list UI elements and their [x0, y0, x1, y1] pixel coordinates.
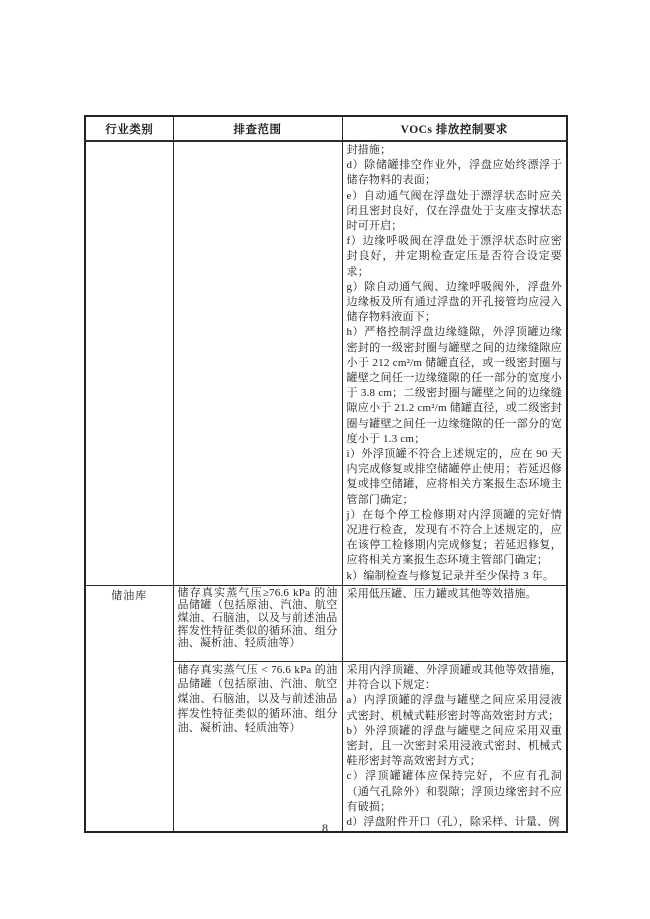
document-page: 行业类别 排查范围 VOCs 排放控制要求 封措施； d）除储罐排空作业外，浮盘… [0, 0, 650, 919]
requirement-item: g）除自动通气阀、边缘呼吸阀外，浮盘外边缘板及所有通过浮盘的开孔接管均应浸入储存… [347, 280, 563, 326]
requirements-cell-low-vp: 采用内浮顶罐、外浮顶罐或其他等效措施，并符合以下规定： a）内浮顶罐的浮盘与罐壁… [342, 661, 567, 832]
requirement-item: d）除储罐排空作业外，浮盘应始终漂浮于储存物料的表面； [347, 158, 563, 188]
requirement-item: k）编制检查与修复记录并至少保持 3 年。 [347, 569, 563, 584]
col-header-vocs-requirements: VOCs 排放控制要求 [342, 116, 567, 141]
inspection-scope-cell-empty [173, 141, 342, 585]
vocs-control-table: 行业类别 排查范围 VOCs 排放控制要求 封措施； d）除储罐排空作业外，浮盘… [84, 115, 568, 833]
requirement-item: 采用内浮顶罐、外浮顶罐或其他等效措施，并符合以下规定： [347, 663, 563, 693]
requirement-item: c）浮顶罐罐体应保持完好，不应有孔洞（通气孔除外）和裂隙；浮顶边缘密封不应有破损… [347, 769, 563, 815]
requirement-item: f）边缘呼吸阀在浮盘处于漂浮状态时应密封良好，并定期检查定压是否符合设定要求； [347, 234, 563, 280]
requirement-item: i）外浮顶罐不符合上述规定的，应在 90 天内完成修复或排空储罐停止使用；若延迟… [347, 447, 563, 508]
col-header-industry-category: 行业类别 [85, 116, 173, 141]
requirement-item: b）外浮顶罐的浮盘与罐壁之间应采用双重密封，且一次密封采用浸液式密封、机械式鞋形… [347, 724, 563, 770]
table-row-continuation: 封措施； d）除储罐排空作业外，浮盘应始终漂浮于储存物料的表面； e）自动通气阀… [85, 141, 567, 585]
page-number: 8 [0, 821, 650, 836]
requirement-item: a）内浮顶罐的浮盘与罐壁之间应采用浸液式密封、机械式鞋形密封等高效密封方式； [347, 693, 563, 723]
requirement-item: e）自动通气阀在浮盘处于漂浮状态时应关闭且密封良好，仅在浮盘处于支座支撑状态时可… [347, 189, 563, 235]
requirement-item: 采用低压罐、压力罐或其他等效措施。 [347, 587, 563, 602]
col-header-inspection-scope: 排查范围 [173, 116, 342, 141]
requirement-item: j）在每个停工检修期对内浮顶罐的完好情况进行检查，发现有不符合上述规定的，应在该… [347, 508, 563, 569]
industry-category-cell-empty [85, 141, 173, 585]
requirement-item: 封措施； [347, 143, 563, 158]
requirements-cell-continuation: 封措施； d）除储罐排空作业外，浮盘应始终漂浮于储存物料的表面； e）自动通气阀… [342, 141, 567, 585]
requirements-cell-high-vp: 采用低压罐、压力罐或其他等效措施。 [342, 585, 567, 661]
table-row-oil-depot-high-vp: 储油库 储存真实蒸气压≥76.6 kPa 的油品储罐（包括原油、汽油、航空煤油、… [85, 585, 567, 661]
inspection-scope-cell-low-vp: 储存真实蒸气压 < 76.6 kPa 的油品储罐（包括原油、汽油、航空煤油、石脑… [173, 661, 342, 832]
requirement-item: h）严格控制浮盘边缘缝隙，外浮顶罐边缘密封的一级密封圈与罐壁之间的边缘缝隙应小于… [347, 325, 563, 447]
inspection-scope-cell-high-vp: 储存真实蒸气压≥76.6 kPa 的油品储罐（包括原油、汽油、航空煤油、石脑油，… [173, 585, 342, 661]
table-header-row: 行业类别 排查范围 VOCs 排放控制要求 [85, 116, 567, 141]
industry-category-cell-oil-depot: 储油库 [85, 585, 173, 832]
